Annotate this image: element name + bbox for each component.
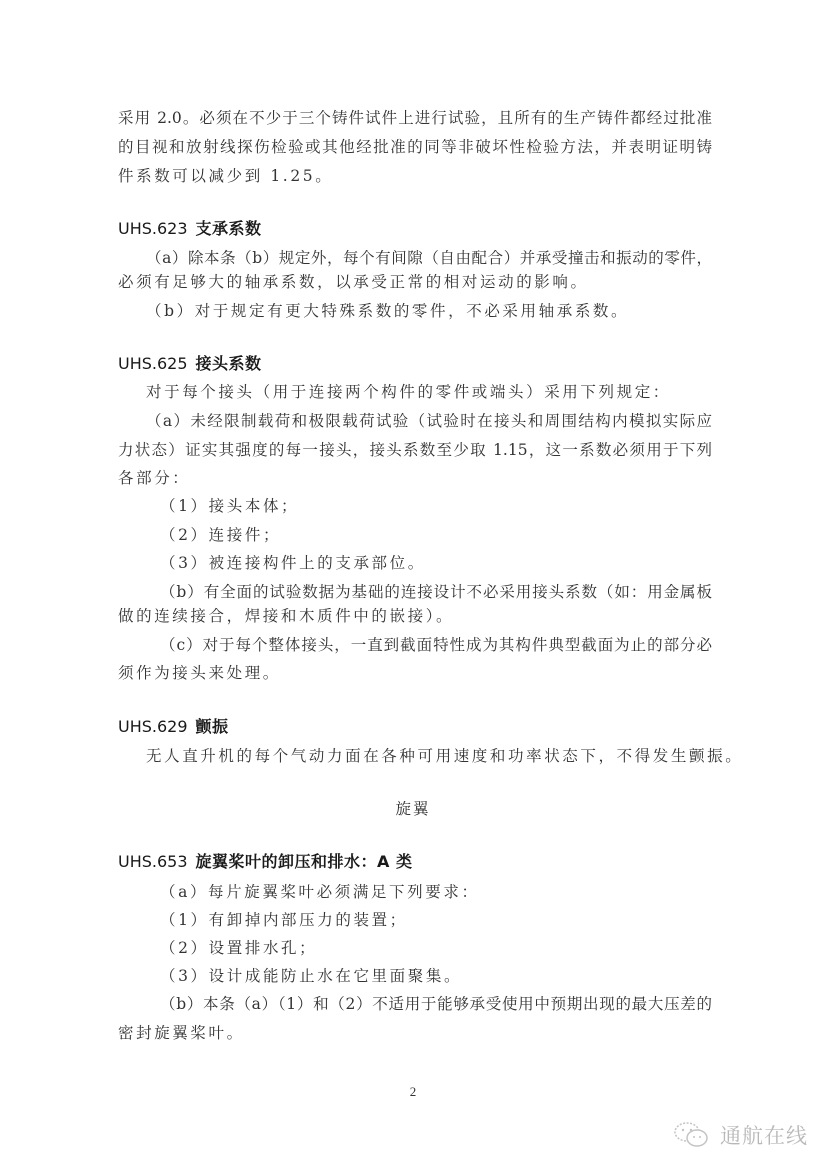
section-code: UHS.629 [118,717,188,736]
paragraph-line: 的目视和放射线探伤检验或其他经批准的同等非破坏性检验方法，并表明证明铸 [118,137,712,157]
section-title: 颤振 [196,717,229,736]
list-item: （3）设计成能防止水在它里面聚集。 [160,966,712,986]
paragraph-line: （b）有全面的试验数据为基础的连接设计不必采用接头系数（如：用金属板 [160,582,712,602]
section-heading-uhs623: UHS.623支承系数 [118,219,262,239]
section-title: 支承系数 [196,219,262,238]
paragraph-line: （a）除本条（b）规定外，每个有间隙（自由配合）并承受撞击和振动的零件， [146,248,712,268]
document-page: 采用 2.0。必须在不少于三个铸件试件上进行试验，且所有的生产铸件都经过批准 的… [0,0,826,1169]
watermark: 通航在线 [672,1120,808,1150]
paragraph-line: 采用 2.0。必须在不少于三个铸件试件上进行试验，且所有的生产铸件都经过批准 [118,108,712,128]
section-title: 旋翼桨叶的卸压和排水：A 类 [196,852,413,871]
paragraph-line: 件系数可以减少到 1.25。 [118,166,712,186]
paragraph-line: 对于每个接头（用于连接两个构件的零件或端头）采用下列规定： [146,382,740,402]
section-code: UHS.625 [118,354,188,373]
paragraph-line: （c）对于每个整体接头，一直到截面特性成为其构件典型截面为止的部分必 [160,635,712,655]
paragraph-line: 无人直升机的每个气动力面在各种可用速度和功率状态下，不得发生颤振。 [146,746,712,766]
list-item: （3）被连接构件上的支承部位。 [160,553,712,573]
section-heading-uhs629: UHS.629颤振 [118,717,229,737]
paragraph-line: 须作为接头来处理。 [118,663,712,683]
paragraph-line: 力状态）证实其强度的每一接头，接头系数至少取 1.15，这一系数必须用于下列 [118,440,712,460]
list-item: （1）有卸掉内部压力的装置； [160,910,712,930]
paragraph-line: 必须有足够大的轴承系数，以承受正常的相对运动的影响。 [118,272,712,292]
paragraph-line: （b）对于规定有更大特殊系数的零件，不必采用轴承系数。 [146,301,712,321]
paragraph-line: （b）本条（a）（1）和（2）不适用于能够承受使用中预期出现的最大压差的 [160,994,712,1014]
section-title: 接头系数 [196,354,262,373]
wechat-icon [672,1120,712,1150]
paragraph-line: 各部分： [118,468,712,488]
paragraph-line: 做的连续接合，焊接和木质件中的嵌接）。 [118,606,712,626]
section-code: UHS.623 [118,219,188,238]
paragraph-line: （a）每片旋翼桨叶必须满足下列要求： [160,882,712,902]
subsection-title: 旋翼 [0,799,826,819]
paragraph-line: （a）未经限制载荷和极限载荷试验（试验时在接头和周围结构内模拟实际应 [146,411,712,431]
section-heading-uhs653: UHS.653旋翼桨叶的卸压和排水：A 类 [118,852,413,872]
list-item: （2）连接件； [160,525,712,545]
section-heading-uhs625: UHS.625接头系数 [118,354,262,374]
paragraph-line: 密封旋翼桨叶。 [118,1023,712,1043]
watermark-text: 通航在线 [720,1120,808,1150]
page-number: 2 [0,1084,826,1100]
list-item: （1）接头本体； [160,496,712,516]
section-code: UHS.653 [118,852,188,871]
list-item: （2）设置排水孔； [160,938,712,958]
